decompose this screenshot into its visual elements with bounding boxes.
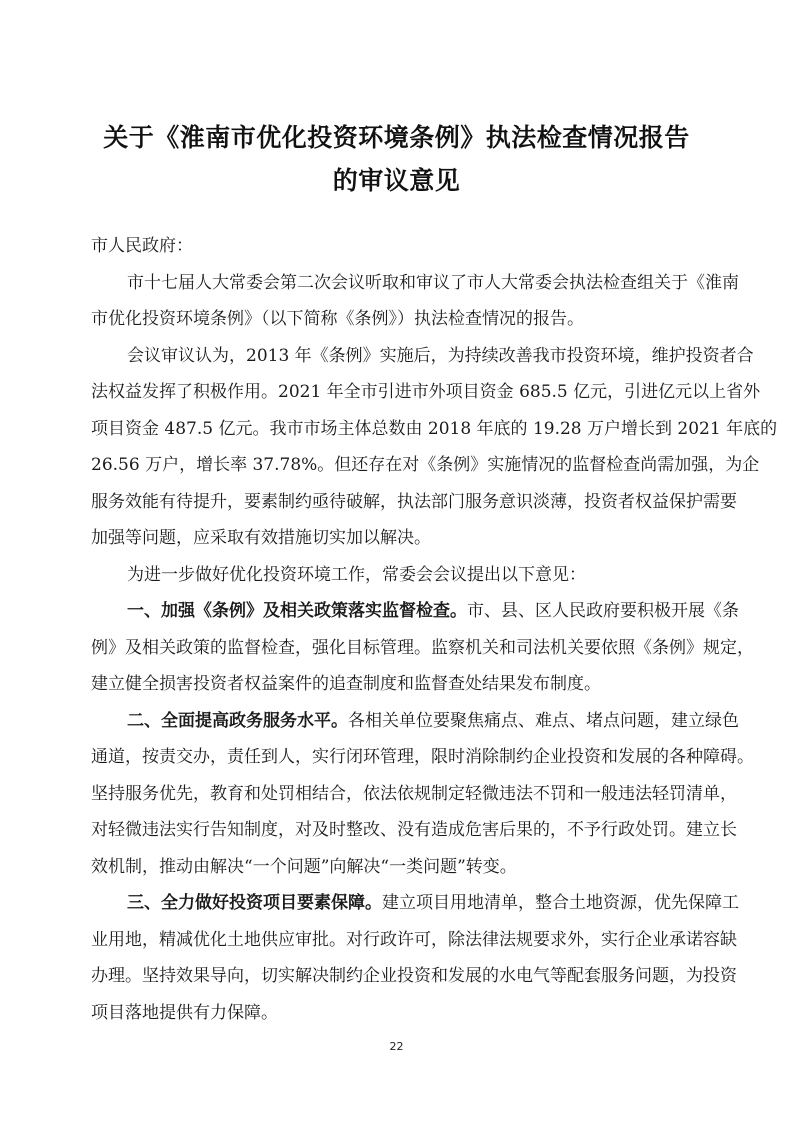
section-2-line-1: 二、全面提高政务服务水平。各相关单位要聚焦痛点、难点、堵点问题，建立绿色 [127,710,739,732]
section-1-line-3: 建立健全损害投资者权益案件的追查制度和监督查处结果发布制度。 [91,673,601,695]
section-2-line-3: 坚持服务优先，教育和处罚相结合，依法依规制定轻微违法不罚和一般违法轻罚清单， [91,783,737,805]
section-1-heading: 一、加强《条例》及相关政策落实监督检查。 [127,601,467,621]
section-2-line-5: 效机制，推动由解决“一个问题”向解决“一类问题”转变。 [91,856,517,878]
section-2-heading: 二、全面提高政务服务水平。 [127,711,348,731]
section-3-line-4: 项目落地提供有力保障。 [91,1002,278,1024]
paragraph-2-line-3: 项目资金 487.5 亿元。我市市场主体总数由 2018 年底的 19.28 万… [91,418,777,440]
paragraph-1-line-1: 市十七届人大常委会第二次会议听取和审议了市人大常委会执法检查组关于《淮南 [127,272,739,294]
paragraph-2-line-6: 加强等问题，应采取有效措施切实加以解决。 [91,527,431,549]
paragraph-2-line-4: 26.56 万户，增长率 37.78%。但还存在对《条例》实施情况的监督检查尚需… [91,454,759,476]
page-number: 22 [0,1040,793,1054]
paragraph-3-line-1: 为进一步做好优化投资环境工作，常委会会议提出以下意见： [127,564,586,586]
section-2-first-rest: 各相关单位要聚焦痛点、难点、堵点问题，建立绿色 [348,711,739,731]
section-3-line-2: 业用地，精减优化土地供应审批。对行政许可，除法律法规要求外，实行企业承诺容缺 [91,929,737,951]
paragraph-1-line-2: 市优化投资环境条例》（以下简称《条例》）执法检查情况的报告。 [91,308,584,330]
document-title-line-2: 的审议意见 [0,165,793,197]
section-1-first-rest: 市、县、区人民政府要积极开展《条 [467,601,739,621]
document-title-line-1: 关于《淮南市优化投资环境条例》执法检查情况报告 [0,122,793,154]
document-page: 关于《淮南市优化投资环境条例》执法检查情况报告 的审议意见 市人民政府： 市十七… [0,0,793,1122]
section-3-first-rest: 建立项目用地清单，整合土地资源，优先保障工 [382,893,739,913]
paragraph-2-line-1: 会议审议认为，2013 年《条例》实施后，为持续改善我市投资环境，维护投资者合 [127,345,754,367]
section-1-line-2: 例》及相关政策的监督检查，强化目标管理。监察机关和司法机关要依照《条例》规定， [91,637,754,659]
section-2-line-2: 通道，按责交办，责任到人，实行闭环管理，限时消除制约企业投资和发展的各种障碍。 [91,746,754,768]
section-3-heading: 三、全力做好投资项目要素保障。 [127,893,382,913]
salutation: 市人民政府： [91,235,193,257]
section-3-line-3: 办理。坚持效果导向，切实解决制约企业投资和发展的水电气等配套服务问题，为投资 [91,965,737,987]
paragraph-2-line-2: 法权益发挥了积极作用。2021 年全市引进市外项目资金 685.5 亿元，引进亿… [91,381,760,403]
section-2-line-4: 对轻微违法实行告知制度，对及时整改、没有造成危害后果的，不予行政处罚。建立长 [91,819,737,841]
section-3-line-1: 三、全力做好投资项目要素保障。建立项目用地清单，整合土地资源，优先保障工 [127,892,739,914]
paragraph-2-line-5: 服务效能有待提升，要素制约亟待破解，执法部门服务意识淡薄，投资者权益保护需要 [91,491,737,513]
section-1-line-1: 一、加强《条例》及相关政策落实监督检查。市、县、区人民政府要积极开展《条 [127,600,739,622]
